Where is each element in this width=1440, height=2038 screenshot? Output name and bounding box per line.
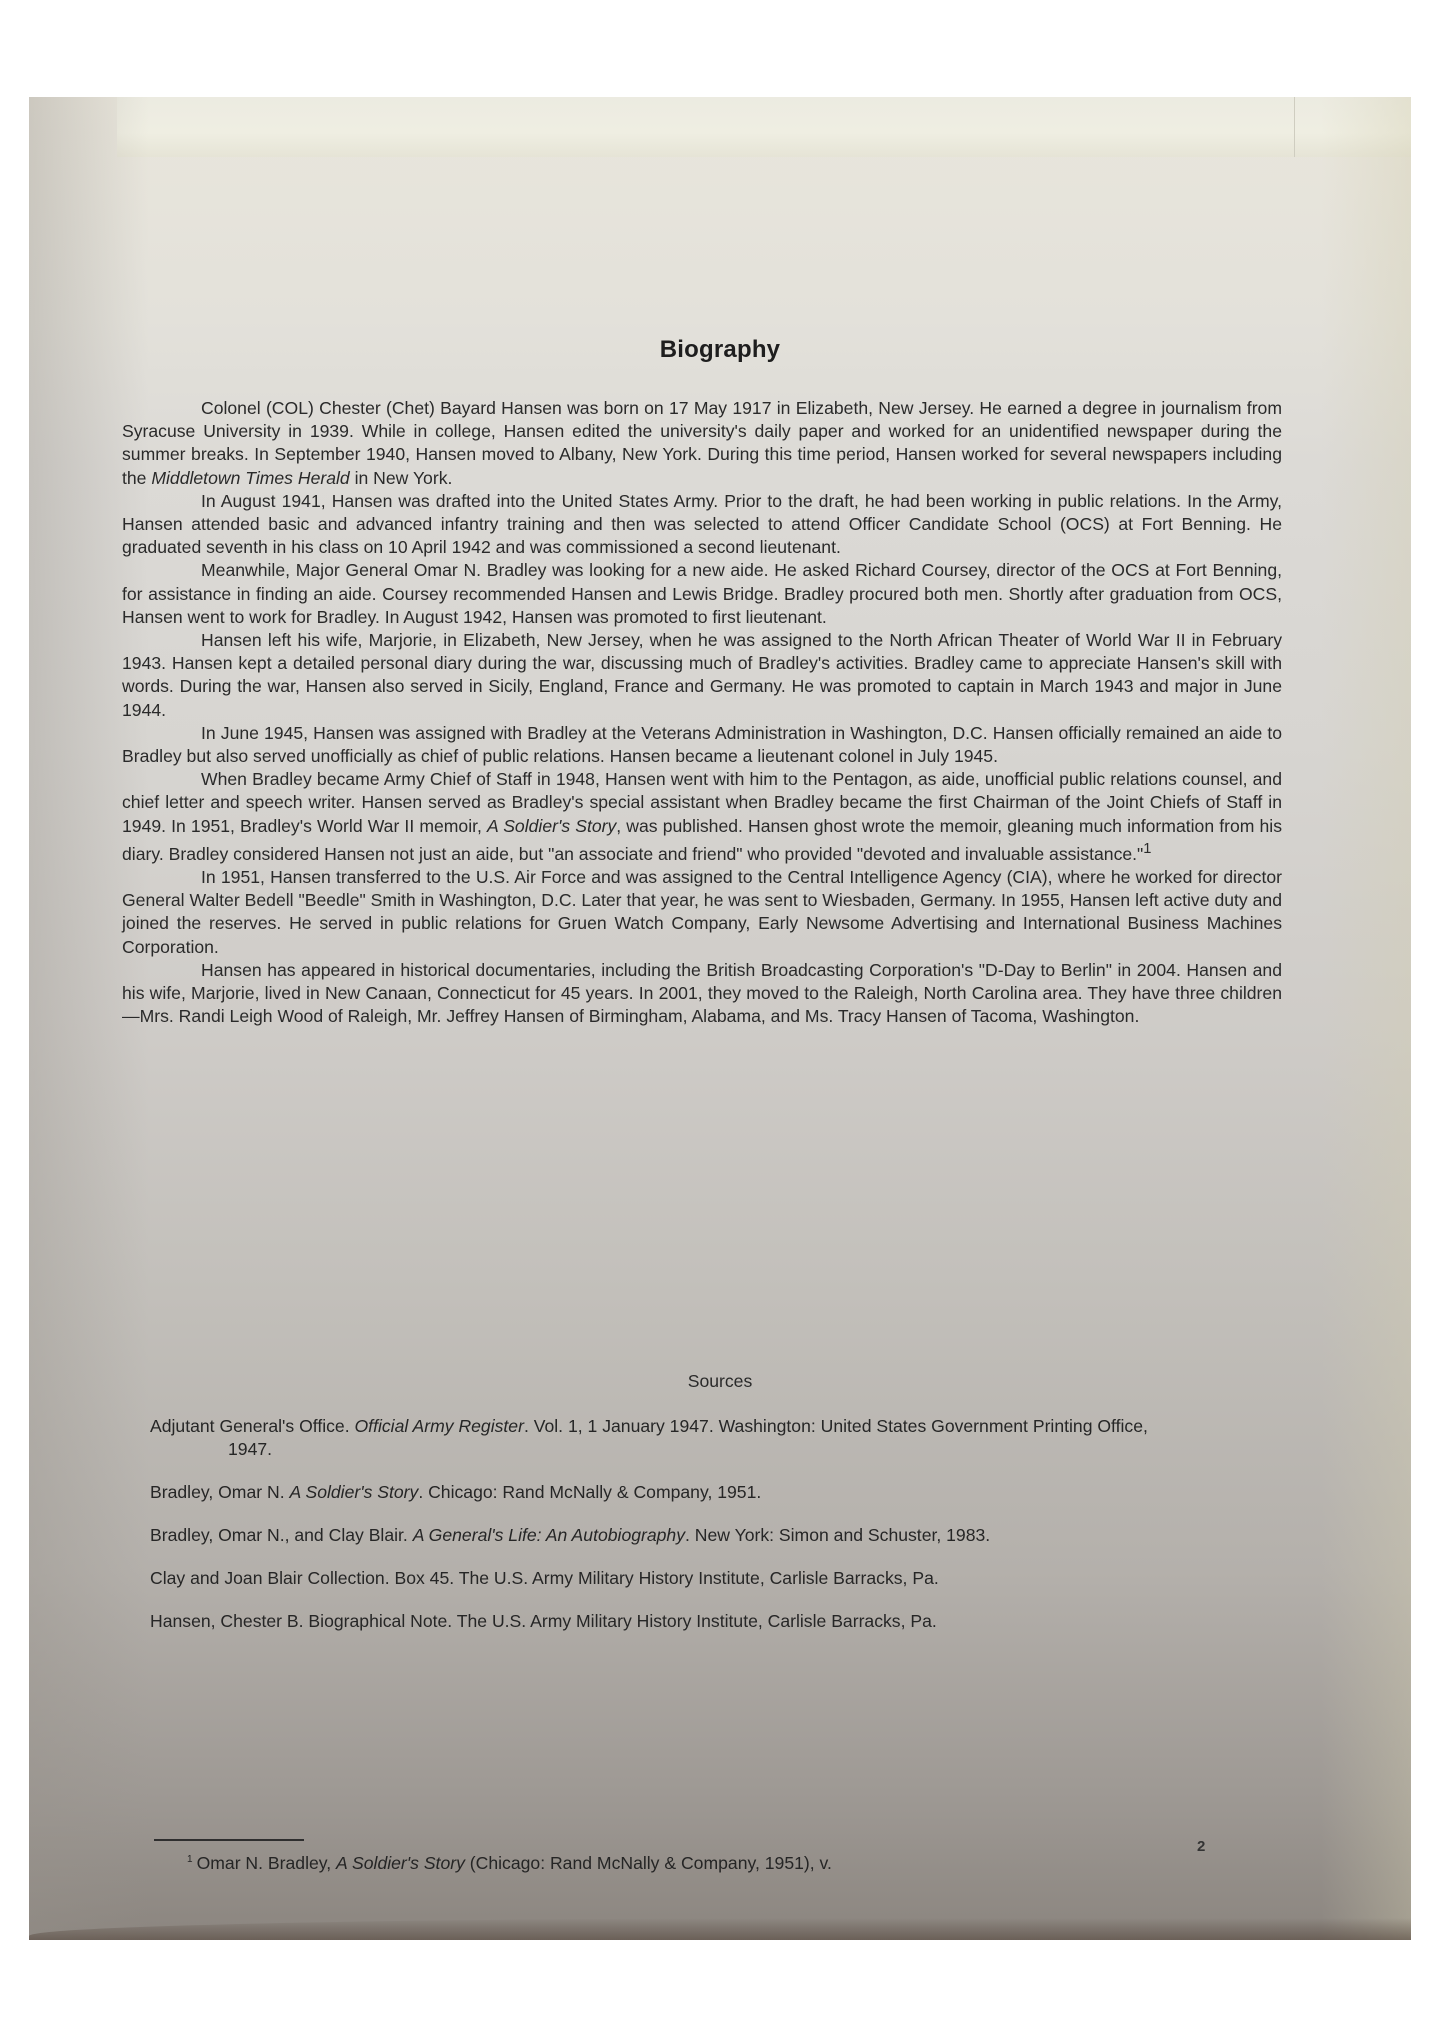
sources-heading: Sources [29, 1371, 1411, 1392]
footnote: 1Omar N. Bradley, A Soldier's Story (Chi… [187, 1853, 832, 1874]
text-run: (Chicago: Rand McNally & Company, 1951),… [465, 1853, 832, 1873]
paragraph: Colonel (COL) Chester (Chet) Bayard Hans… [122, 397, 1282, 490]
text-run: In August 1941, Hansen was drafted into … [122, 491, 1282, 557]
footnote-number: 1 [187, 1854, 193, 1865]
document-photo: Biography Colonel (COL) Chester (Chet) B… [29, 97, 1411, 1940]
text-run: Clay and Joan Blair Collection. Box 45. … [150, 1568, 939, 1588]
page-title: Biography [29, 336, 1411, 364]
paragraph: Hansen left his wife, Marjorie, in Eliza… [122, 629, 1282, 722]
document-page: Biography Colonel (COL) Chester (Chet) B… [29, 97, 1411, 1940]
italic-title: A Soldier's Story [336, 1853, 465, 1873]
text-run: in New York. [350, 468, 453, 488]
paragraph: In August 1941, Hansen was drafted into … [122, 490, 1282, 560]
source-entry: Adjutant General's Office. Official Army… [150, 1415, 1150, 1461]
text-run: Hansen has appeared in historical docume… [122, 960, 1282, 1026]
page-number: 2 [1197, 1838, 1205, 1855]
text-run: Bradley, Omar N., and Clay Blair. [150, 1525, 413, 1545]
text-run: In 1951, Hansen transferred to the U.S. … [122, 867, 1282, 957]
source-entry: Hansen, Chester B. Biographical Note. Th… [150, 1610, 1150, 1633]
text-run: Omar N. Bradley, [197, 1853, 336, 1873]
text-run: Bradley, Omar N. [150, 1482, 289, 1502]
paragraph: In 1951, Hansen transferred to the U.S. … [122, 866, 1282, 959]
text-run: Adjutant General's Office. [150, 1416, 355, 1436]
paragraph: Hansen has appeared in historical docume… [122, 959, 1282, 1029]
italic-title: Middletown Times Herald [151, 468, 349, 488]
italic-title: A Soldier's Story [487, 816, 616, 836]
italic-title: Official Army Register [355, 1416, 524, 1436]
text-run: . New York: Simon and Schuster, 1983. [685, 1525, 990, 1545]
text-run: . Chicago: Rand McNally & Company, 1951. [418, 1482, 761, 1502]
text-run: Hansen, Chester B. Biographical Note. Th… [150, 1611, 937, 1631]
text-run: Meanwhile, Major General Omar N. Bradley… [122, 560, 1282, 626]
footnote-marker: 1 [1143, 841, 1151, 857]
source-entry: Bradley, Omar N. A Soldier's Story. Chic… [150, 1481, 1150, 1504]
paragraph: When Bradley became Army Chief of Staff … [122, 768, 1282, 866]
text-run: In June 1945, Hansen was assigned with B… [122, 723, 1282, 766]
paragraph: In June 1945, Hansen was assigned with B… [122, 722, 1282, 768]
footnote-divider [154, 1839, 304, 1841]
source-entry: Bradley, Omar N., and Clay Blair. A Gene… [150, 1524, 1150, 1547]
italic-title: A General's Life: An Autobiography [413, 1525, 685, 1545]
italic-title: A Soldier's Story [289, 1482, 418, 1502]
biography-body: Colonel (COL) Chester (Chet) Bayard Hans… [122, 397, 1282, 1028]
source-entry: Clay and Joan Blair Collection. Box 45. … [150, 1567, 1150, 1590]
text-run: Hansen left his wife, Marjorie, in Eliza… [122, 630, 1282, 720]
paragraph: Meanwhile, Major General Omar N. Bradley… [122, 559, 1282, 629]
sources-list: Adjutant General's Office. Official Army… [150, 1415, 1150, 1653]
